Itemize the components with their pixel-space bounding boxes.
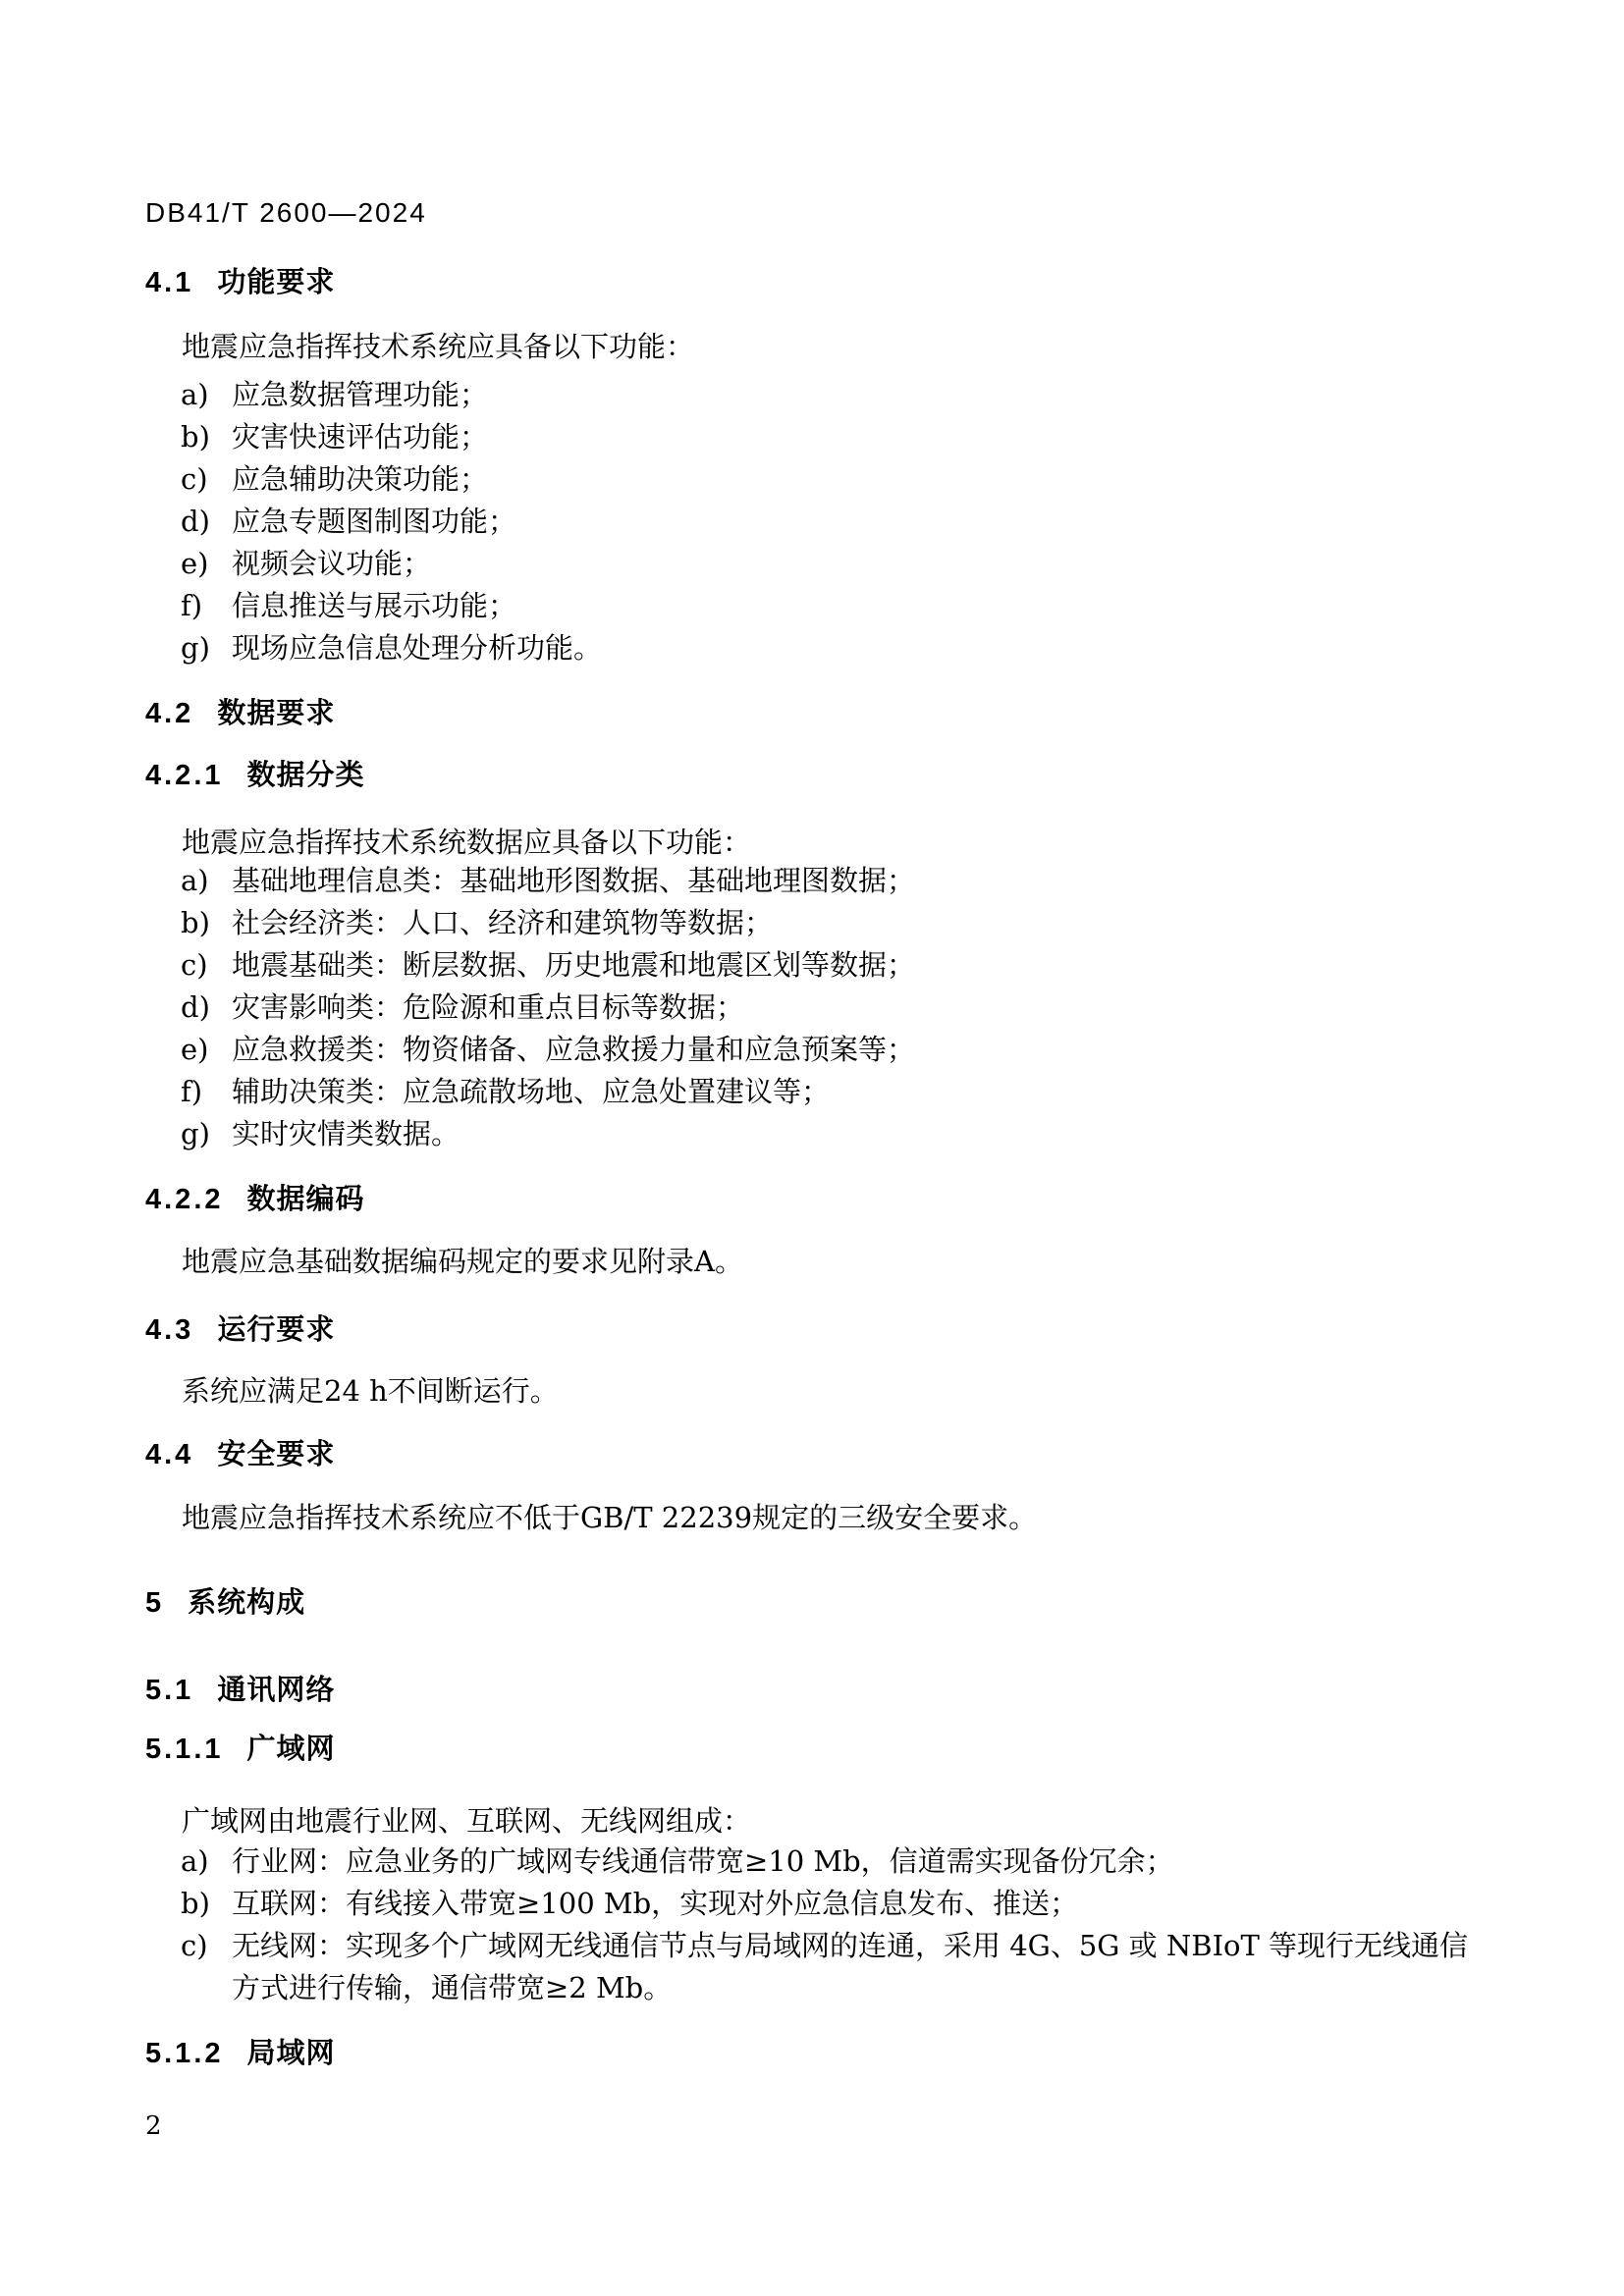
list-item-label: e): [181, 1029, 232, 1071]
list-item-label: g): [181, 1113, 232, 1155]
list-item-text: 应急专题图制图功能；: [232, 505, 516, 538]
section-heading-4-3: 4.3运行要求: [145, 1315, 1472, 1345]
list-item-text: 灾害快速评估功能；: [232, 420, 488, 454]
page-number: 2: [145, 2113, 1472, 2140]
list-item-label: c): [181, 1925, 232, 1967]
list-item-label: a): [181, 1841, 232, 1883]
heading-title: 系统构成: [188, 1587, 305, 1619]
list-item-label: b): [181, 902, 232, 944]
heading-title: 局域网: [247, 2038, 336, 2069]
list-item-text: 社会经济类：人口、经济和建筑物等数据；: [232, 906, 773, 939]
heading-title: 数据分类: [247, 760, 365, 791]
list-item-label: c): [181, 944, 232, 987]
list-item-label: c): [181, 458, 232, 501]
list-item: g)现场应急信息处理分析功能。: [145, 627, 1472, 669]
heading-title: 运行要求: [217, 1314, 335, 1346]
list-item-label: e): [181, 543, 232, 585]
lettered-list-4-1: a)应急数据管理功能； b)灾害快速评估功能； c)应急辅助决策功能； d)应急…: [145, 374, 1472, 669]
paragraph: 系统应满足24 h不间断运行。: [145, 1376, 1472, 1406]
list-item: a)应急数据管理功能；: [145, 374, 1472, 416]
heading-title: 通讯网络: [217, 1675, 335, 1706]
list-item-label: f): [181, 1071, 232, 1113]
list-item: b)灾害快速评估功能；: [145, 416, 1472, 458]
list-item: c)应急辅助决策功能；: [145, 458, 1472, 501]
heading-title: 安全要求: [217, 1439, 335, 1470]
heading-number: 4.2: [145, 698, 193, 729]
list-item-text: 应急数据管理功能；: [232, 378, 488, 411]
list-item: d)应急专题图制图功能；: [145, 501, 1472, 543]
list-item: a)基础地理信息类：基础地形图数据、基础地理图数据；: [145, 860, 1472, 902]
section-heading-4-4: 4.4安全要求: [145, 1440, 1472, 1469]
section-heading-5-1-2: 5.1.2局域网: [145, 2039, 1472, 2068]
heading-title: 数据编码: [247, 1184, 365, 1215]
paragraph: 地震应急基础数据编码规定的要求见附录A。: [145, 1247, 1472, 1276]
section-heading-5-1: 5.1通讯网络: [145, 1676, 1472, 1705]
list-item-label: d): [181, 987, 232, 1029]
list-item: c)无线网：实现多个广域网无线通信节点与局域网的连通，采用 4G、5G 或 NB…: [145, 1925, 1472, 2009]
heading-title: 功能要求: [217, 267, 335, 298]
heading-title: 数据要求: [217, 698, 335, 729]
list-item: d)灾害影响类：危险源和重点目标等数据；: [145, 987, 1472, 1029]
list-item-text: 地震基础类：断层数据、历史地震和地震区划等数据；: [232, 948, 915, 982]
list-item-label: f): [181, 585, 232, 627]
list-item-text: 现场应急信息处理分析功能。: [232, 631, 602, 665]
paragraph: 地震应急指挥技术系统应具备以下功能：: [145, 332, 1472, 361]
list-item-text: 行业网：应急业务的广域网专线通信带宽≥10 Mb，信道需实现备份冗余；: [232, 1844, 1174, 1878]
list-item-text: 无线网：实现多个广域网无线通信节点与局域网的连通，采用 4G、5G 或 NBIo…: [232, 1929, 1468, 2004]
heading-number: 5.1: [145, 1675, 193, 1706]
list-item-text: 实时灾情类数据。: [232, 1117, 460, 1150]
list-item-text: 互联网：有线接入带宽≥100 Mb，实现对外应急信息发布、推送；: [232, 1887, 1078, 1920]
heading-number: 5: [145, 1587, 164, 1619]
list-item: b)互联网：有线接入带宽≥100 Mb，实现对外应急信息发布、推送；: [145, 1883, 1472, 1925]
list-item-text: 信息推送与展示功能；: [232, 589, 516, 622]
list-item-label: b): [181, 1883, 232, 1925]
list-item-label: a): [181, 860, 232, 902]
heading-number: 4.1: [145, 267, 193, 298]
paragraph: 广域网由地震行业网、互联网、无线网组成：: [145, 1806, 1472, 1836]
list-item: f)信息推送与展示功能；: [145, 585, 1472, 627]
section-heading-4-2: 4.2数据要求: [145, 699, 1472, 728]
document-page: DB41/T 2600—2024 4.1功能要求 地震应急指挥技术系统应具备以下…: [0, 0, 1624, 2296]
list-item-label: d): [181, 501, 232, 543]
list-item-label: b): [181, 416, 232, 458]
lettered-list-5-1-1: a)行业网：应急业务的广域网专线通信带宽≥10 Mb，信道需实现备份冗余； b)…: [145, 1841, 1472, 2009]
list-item-text: 辅助决策类：应急疏散场地、应急处置建议等；: [232, 1075, 830, 1108]
section-heading-4-2-1: 4.2.1数据分类: [145, 761, 1472, 790]
page-content: DB41/T 2600—2024 4.1功能要求 地震应急指挥技术系统应具备以下…: [145, 0, 1472, 2140]
doc-code: DB41/T 2600—2024: [145, 199, 1472, 227]
section-heading-5-1-1: 5.1.1广域网: [145, 1735, 1472, 1764]
list-item: e)视频会议功能；: [145, 543, 1472, 585]
heading-number: 4.4: [145, 1439, 193, 1470]
heading-number: 5.1.1: [145, 1734, 224, 1765]
list-item: b)社会经济类：人口、经济和建筑物等数据；: [145, 902, 1472, 944]
list-item-text: 应急救援类：物资储备、应急救援力量和应急预案等；: [232, 1033, 915, 1066]
section-heading-4-1: 4.1功能要求: [145, 268, 1472, 297]
list-item: c)地震基础类：断层数据、历史地震和地震区划等数据；: [145, 944, 1472, 987]
list-item-text: 灾害影响类：危险源和重点目标等数据；: [232, 990, 744, 1024]
list-item-label: a): [181, 374, 232, 416]
paragraph: 地震应急指挥技术系统数据应具备以下功能：: [145, 828, 1472, 857]
heading-number: 4.2.2: [145, 1184, 224, 1215]
list-item: a)行业网：应急业务的广域网专线通信带宽≥10 Mb，信道需实现备份冗余；: [145, 1841, 1472, 1883]
list-item-text: 基础地理信息类：基础地形图数据、基础地理图数据；: [232, 864, 915, 897]
list-item-label: g): [181, 627, 232, 669]
lettered-list-4-2-1: a)基础地理信息类：基础地形图数据、基础地理图数据； b)社会经济类：人口、经济…: [145, 860, 1472, 1155]
list-item: e)应急救援类：物资储备、应急救援力量和应急预案等；: [145, 1029, 1472, 1071]
heading-number: 4.3: [145, 1314, 193, 1346]
list-item: g)实时灾情类数据。: [145, 1113, 1472, 1155]
heading-title: 广域网: [247, 1734, 336, 1765]
heading-number: 5.1.2: [145, 2038, 224, 2069]
list-item-text: 视频会议功能；: [232, 547, 431, 580]
list-item-text: 应急辅助决策功能；: [232, 462, 488, 496]
paragraph: 地震应急指挥技术系统应不低于GB/T 22239规定的三级安全要求。: [145, 1503, 1472, 1532]
list-item: f)辅助决策类：应急疏散场地、应急处置建议等；: [145, 1071, 1472, 1113]
section-heading-4-2-2: 4.2.2数据编码: [145, 1185, 1472, 1214]
section-heading-5: 5系统构成: [145, 1588, 1472, 1618]
heading-number: 4.2.1: [145, 760, 224, 791]
